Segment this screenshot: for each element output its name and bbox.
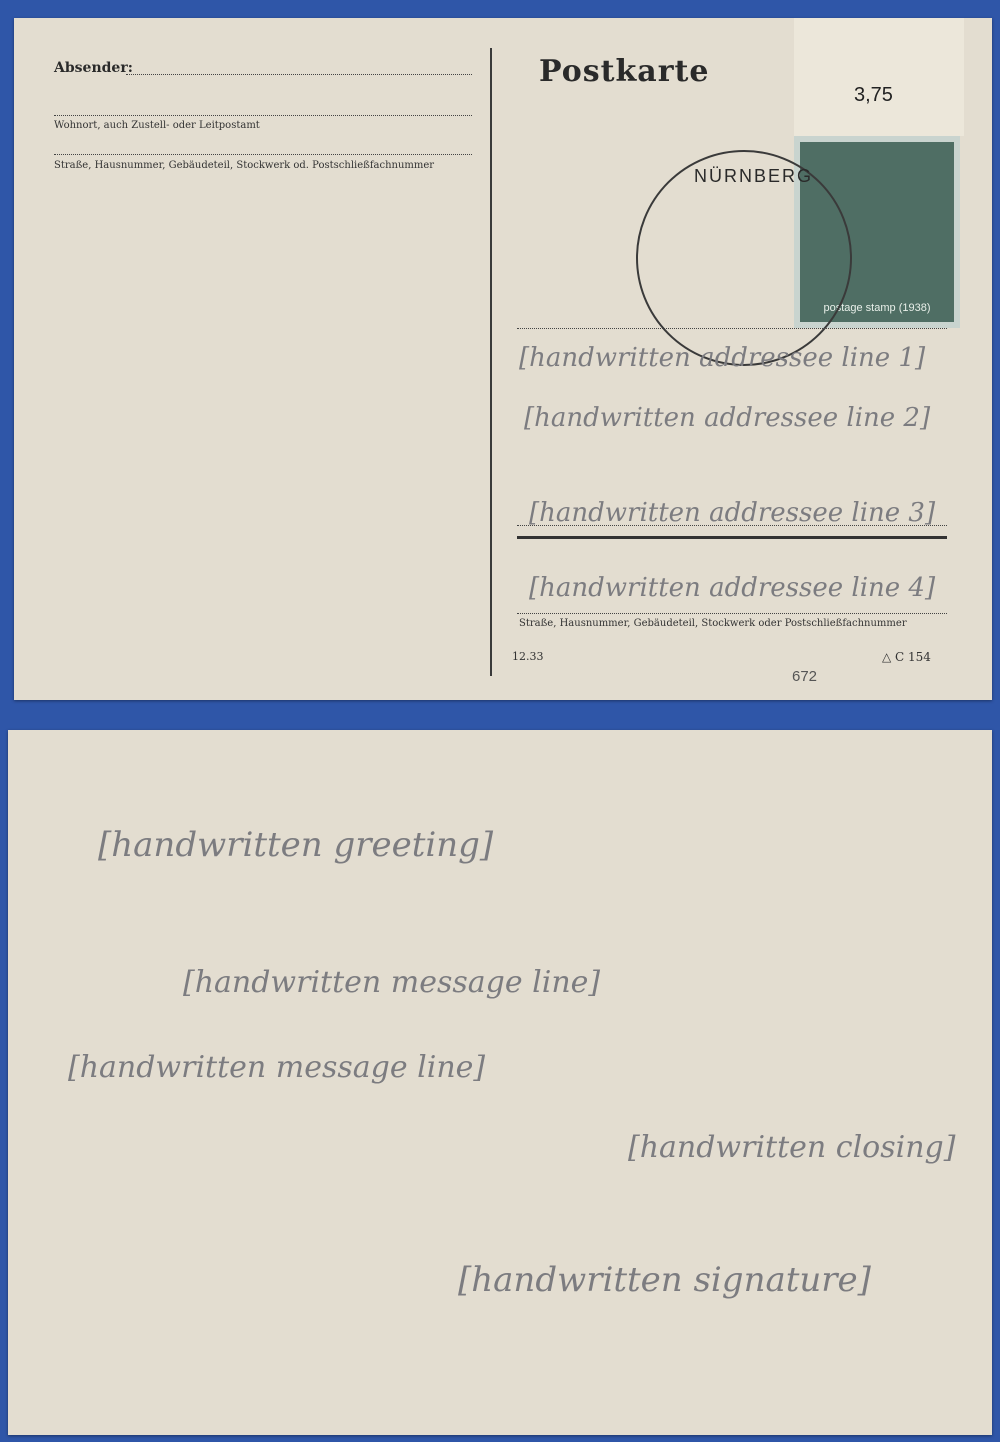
center-divider xyxy=(490,48,492,676)
sender-line-3-label: Straße, Hausnummer, Gebäudeteil, Stockwe… xyxy=(54,160,434,171)
message-line-2: [handwritten message line] xyxy=(183,965,600,1000)
sender-line-3 xyxy=(54,154,472,155)
signature: [handwritten signature] xyxy=(458,1260,871,1300)
message-line-4: [handwritten closing] xyxy=(628,1130,955,1165)
sender-line-2-label: Wohnort, auch Zustell- oder Leitpostamt xyxy=(54,120,260,131)
stamp-sheet-margin xyxy=(794,18,964,136)
address-line-rule-3 xyxy=(517,613,947,614)
message-line-1: [handwritten greeting] xyxy=(98,825,493,865)
address-line-4: [handwritten addressee line 4] xyxy=(529,573,935,603)
address-line-3: [handwritten addressee line 3] xyxy=(529,498,935,528)
address-line-2: [handwritten addressee line 2] xyxy=(524,403,930,433)
print-code-left: 12.33 xyxy=(512,650,544,663)
postcard-back: [handwritten greeting] [handwritten mess… xyxy=(8,730,992,1435)
stamp-margin-value: 3,75 xyxy=(854,84,893,107)
address-line-rule-bold xyxy=(517,536,947,539)
sender-line-2 xyxy=(54,115,472,116)
postmark-text: NÜRNBERG xyxy=(694,166,813,187)
address-line-rule-1 xyxy=(517,328,947,329)
message-line-3: [handwritten message line] xyxy=(68,1050,485,1085)
pencil-number: 672 xyxy=(792,668,817,685)
address-bottom-label: Straße, Hausnummer, Gebäudeteil, Stockwe… xyxy=(519,618,907,629)
sender-label: Absender: xyxy=(54,60,133,76)
address-line-rule-2 xyxy=(517,525,947,526)
sender-line-1 xyxy=(126,74,472,75)
postcard-front: Absender: Wohnort, auch Zustell- oder Le… xyxy=(14,18,992,700)
postcard-title: Postkarte xyxy=(539,54,709,89)
address-line-1: [handwritten addressee line 1] xyxy=(519,343,925,373)
print-code-right: △ C 154 xyxy=(882,650,931,664)
